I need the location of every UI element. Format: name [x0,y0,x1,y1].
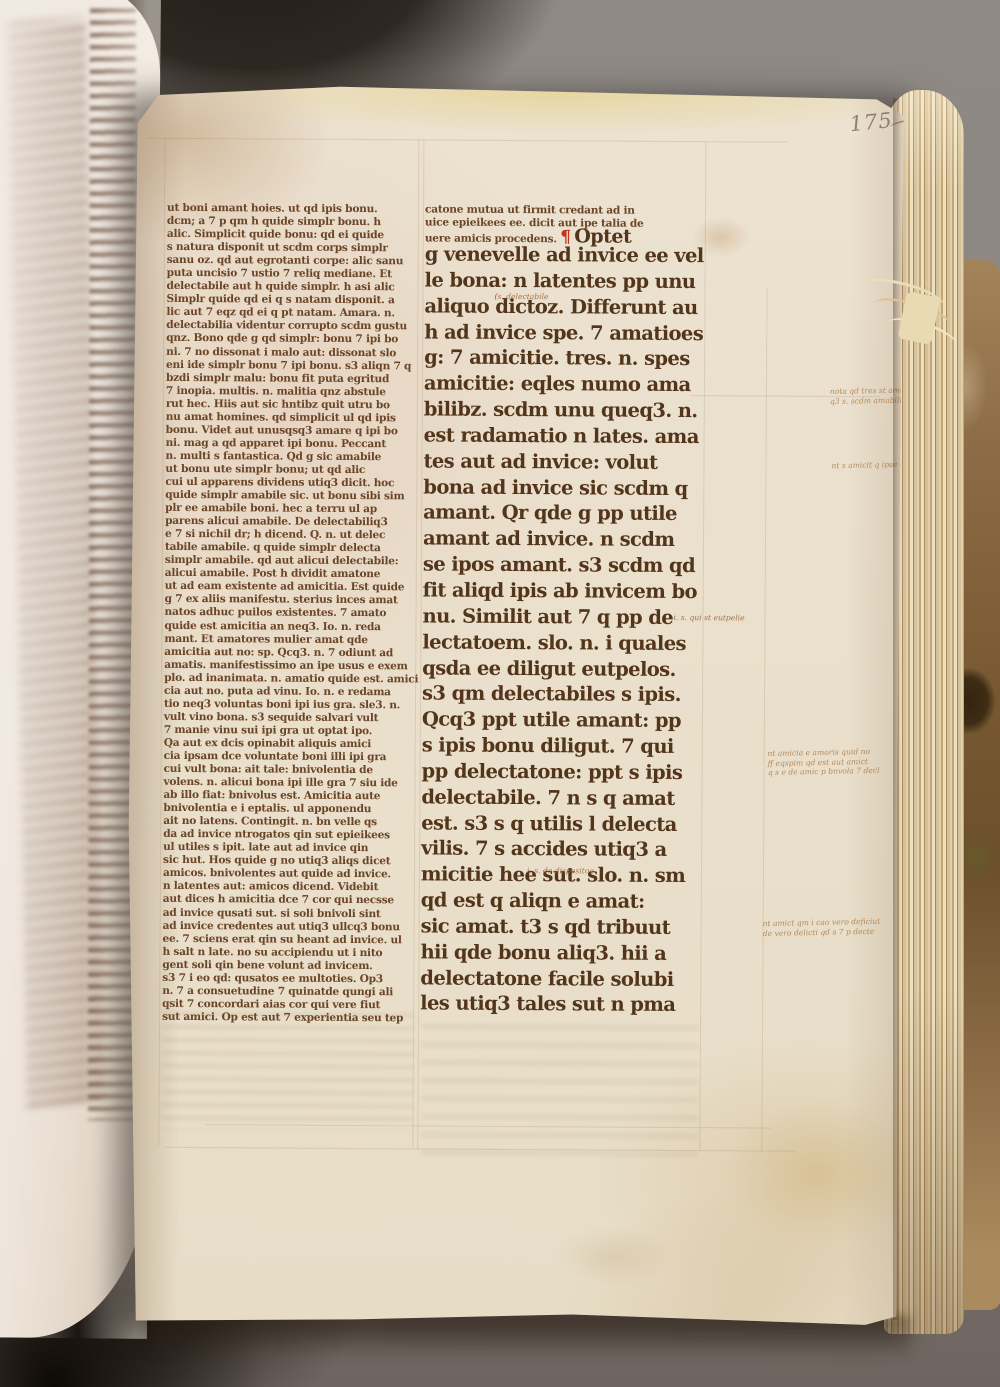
manuscript-text-line: natos adhuc puilos existentes. 7 amato [165,606,421,621]
manuscript-text-line: bona ad invice sic scdm q [423,474,705,502]
manuscript-text-line: bzdi simplr malu: bonu fit puta egritud [166,371,422,386]
manuscript-text-line: s ipis bonu diligut. 7 qui [422,732,704,760]
manuscript-text-line: gent soli qin bene volunt ad invicem. [162,959,418,974]
manuscript-text-line: aut dices h amicitia dce 7 cor qui necss… [163,893,419,908]
manuscript-text-line: sic amat. t3 s qd tribuut [421,913,703,941]
manuscript-text-line: amicitie: eqles numo ama [424,371,706,399]
manuscript-text-line: ad invice credentes aut utiq3 ullcq3 bon… [163,919,419,934]
manuscript-text-line: 7 inopia. multis. n. malitia qnz abstule [166,385,422,400]
marginal-note: nt amicia e amoris quid noff eqspim qd e… [767,747,879,778]
manuscript-text-line: Qcq3 ppt utile amant: pp [422,707,704,735]
marginal-note-line: de vero delicti qd s 7 p decte [763,926,881,938]
manuscript-text-line: g venevelle ad invice ee vel [425,241,707,269]
folio-number: 175 [848,108,893,136]
manuscript-text-line: lectatoem. slo. n. i quales [422,629,704,657]
parchment-stain [725,1097,916,1248]
manuscript-text-line: est radamatio n lates. ama [424,422,706,450]
manuscript-text-line: s3 7 i eo qd: qusatos ee multoties. Op3 [162,972,418,987]
manuscript-text-line: ad invice qusati sut. si soli bnivoli si… [163,906,419,921]
marginal-note: nt amict qm i cao vero deficiutde vero d… [762,917,880,939]
manuscript-text-line: tio neq3 voluntas boni ipi ius gra. sle3… [164,698,420,713]
manuscript-text-line: amicitia aut no: sp. Qcq3. n. 7 odiunt a… [164,645,420,660]
ink-show-through [161,1012,414,1132]
parchment-stain [691,217,751,257]
manuscript-text-line: cia aut no. puta ad vinu. Io. n. e redam… [164,685,420,700]
manuscript-text-line: bilibz. scdm unu queq3. n. [424,397,706,425]
manuscript-text-line: amant. Qr qde g pp utile [423,500,705,528]
manuscript-text-line: nu amat homines. qd simplicit ul qd ipis [166,411,422,426]
manuscript-text-line: rut hec. Hiis aut sic hntibz quit utru b… [166,398,422,413]
manuscript-text-line: les utiq3 tales sut n pma [420,991,702,1019]
manuscript-text-line: s3 qm delectabiles s ipis. [422,681,704,709]
marginal-gloss-eutrapelie: i. s. qui st eutpelie [674,613,745,622]
manuscript-text-line: pp delectatone: ppt s ipis [422,758,704,786]
manuscript-text-line: h ad invice spe. 7 amatioes [424,319,706,347]
right-text-column: g venevelle ad invice ee velle bona: n l… [420,241,707,1018]
manuscript-text-line: hii qde bonu aliq3. hii a [420,939,702,967]
manuscript-text-line: se ipos amant. s3 scdm qd [423,552,705,580]
manuscript-text-line: quide est amicitia an neq3. Io. n. reda [164,619,420,634]
manuscript-text-line: delectabile. 7 n s q amat [421,784,703,812]
manuscript-text-line: qnz. Bono qde g qd simplr: bonu 7 ipi bo [166,332,422,347]
manuscript-text-line: qd est q aliqn e amat: [421,888,703,916]
manuscript-text-line: delectatone facile solubi [420,965,702,993]
manuscript-text-line: ni. 7 no dissonat i malo aut: dissonat s… [166,345,422,360]
right-column-continuation: catone mutua ut firmit credant ad in uic… [425,203,687,247]
manuscript-text-line: qsda ee diligut eutpelos. [422,655,704,683]
manuscript-text-line: vilis. 7 s accides utiq3 a [421,836,703,864]
manuscript-text-line: bonu. Videt aut unusqsq3 amare q ipi bo [166,424,422,439]
manuscript-text-line: amant ad invice. n scdm [423,526,705,554]
manuscript-photo: 175 ut boni amant hoies. ut qd ipis bonu… [0,0,1000,1387]
ruling-line [147,138,787,143]
manuscript-page: 175 ut boni amant hoies. ut qd ipis bonu… [124,84,904,1327]
manuscript-text-line: tes aut ad invice: volut [423,448,705,476]
manuscript-text-line: h salt n late. no su accipiendu ut i nit… [162,946,418,961]
manuscript-text-line: le bona: n latentes pp unu [425,267,707,295]
interlinear-gloss-dispositione: i. s. de dispositoe [527,866,594,875]
marginal-note-line: q s e de amic p bnvola 7 decl [768,766,880,778]
manuscript-text-line: amatis. manifestissimo an ipe usus e exe… [164,659,420,674]
manuscript-text-line: nu. Similit aut 7 q pp de [422,603,704,631]
manuscript-text-line: fit aliqd ipis ab invicem bo [423,577,705,605]
manuscript-text-line: plo. ad inanimata. n. amatio quide est. … [164,672,420,687]
ruling-line [761,288,767,1152]
manuscript-text-line: mant. Et amatores mulier amat qde [164,632,420,647]
manuscript-text-line: eni ide simplr bonu 7 ipi bonu. s3 aliqn… [166,358,422,373]
left-text-column: ut boni amant hoies. ut qd ipis bonu.dcm… [162,202,423,1026]
manuscript-text-line: aliquo dictoz. Differunt au [424,293,706,321]
manuscript-text-line: est. s3 s q utilis l delecta [421,810,703,838]
ink-show-through [421,1023,698,1165]
manuscript-text-line: g: 7 amicitie. tres. n. spes [424,345,706,373]
parchment-stain [554,1226,674,1287]
manuscript-text-line: ee. 7 sciens erat qin su heant ad invice… [163,932,419,947]
